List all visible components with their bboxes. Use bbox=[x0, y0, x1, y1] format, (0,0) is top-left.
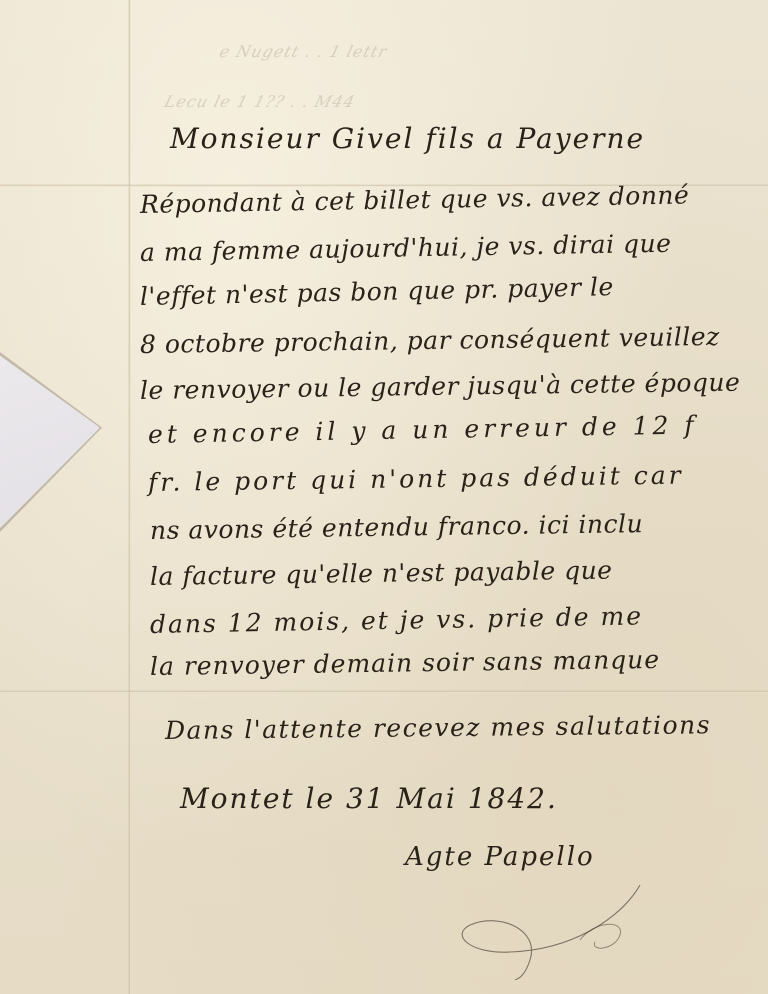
horizontal-fold-line-bottom bbox=[0, 690, 768, 693]
bleed-through-text-1: e Nugett . . 1 lettr bbox=[217, 42, 389, 61]
vertical-fold-line bbox=[128, 0, 131, 994]
signature-flourish-icon bbox=[430, 880, 650, 980]
bleed-through-text-2: Lecu le 1 1?? . . M44 bbox=[162, 92, 357, 111]
letter-signature: Agte Papello bbox=[405, 842, 595, 872]
letter-closing: Dans l'attente recevez mes salutations bbox=[165, 710, 711, 745]
letter-salutation: Monsieur Givel fils a Payerne bbox=[170, 122, 645, 155]
letter-date-line: Montet le 31 Mai 1842. bbox=[180, 782, 558, 815]
